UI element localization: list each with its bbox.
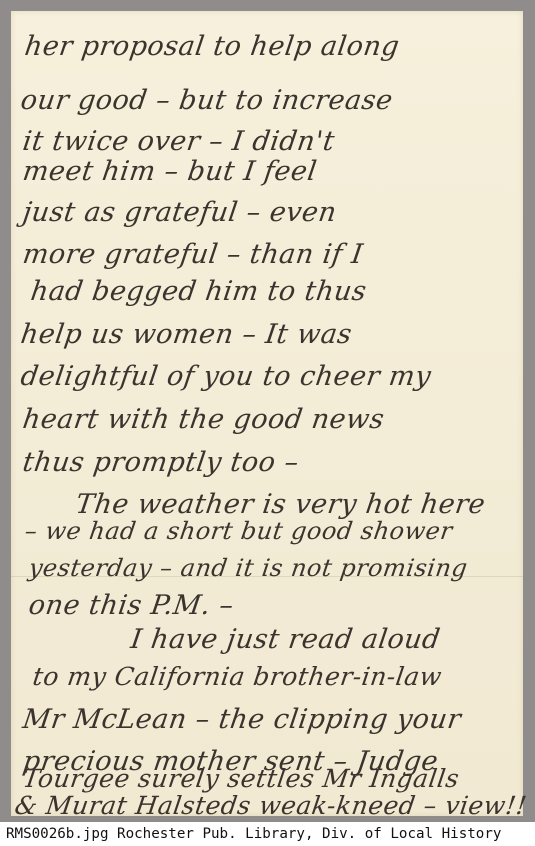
letter-line: our good – but to increase xyxy=(19,85,395,116)
letter-line: meet him – but I feel xyxy=(21,156,319,187)
letter-line: Mr McLean – the clipping your xyxy=(21,704,463,735)
letter-line: The weather is very hot here xyxy=(74,489,488,520)
letter-line: delightful of you to cheer my xyxy=(19,361,433,392)
letter-line: I have just read aloud xyxy=(129,624,442,655)
letter-line: & Murat Halsteds weak-kneed – view!! xyxy=(13,791,529,820)
letter-line: more grateful – than if I xyxy=(21,239,365,270)
letter-line: just as grateful – even xyxy=(21,197,339,228)
image-caption: RMS0026b.jpg Rochester Pub. Library, Div… xyxy=(0,822,535,846)
handwritten-text: her proposal to help along our good – bu… xyxy=(11,11,523,816)
letter-line: yesterday – and it is not promising xyxy=(27,554,469,582)
letter-line: had begged him to thus xyxy=(29,276,369,307)
letter-line: Tourgee surely settles Mr Ingalls xyxy=(21,764,461,793)
scan-frame: her proposal to help along our good – bu… xyxy=(0,0,535,822)
letter-page: her proposal to help along our good – bu… xyxy=(11,11,523,816)
letter-line: heart with the good news xyxy=(21,404,387,435)
letter-line: her proposal to help along xyxy=(23,31,402,62)
letter-line: it twice over – I didn't xyxy=(21,126,337,157)
letter-line: thus promptly too – xyxy=(21,447,301,478)
letter-line: – we had a short but good shower xyxy=(23,517,454,545)
letter-line: one this P.M. – xyxy=(27,590,236,621)
letter-line: help us women – It was xyxy=(19,319,354,350)
letter-line: to my California brother-in-law xyxy=(31,662,444,691)
